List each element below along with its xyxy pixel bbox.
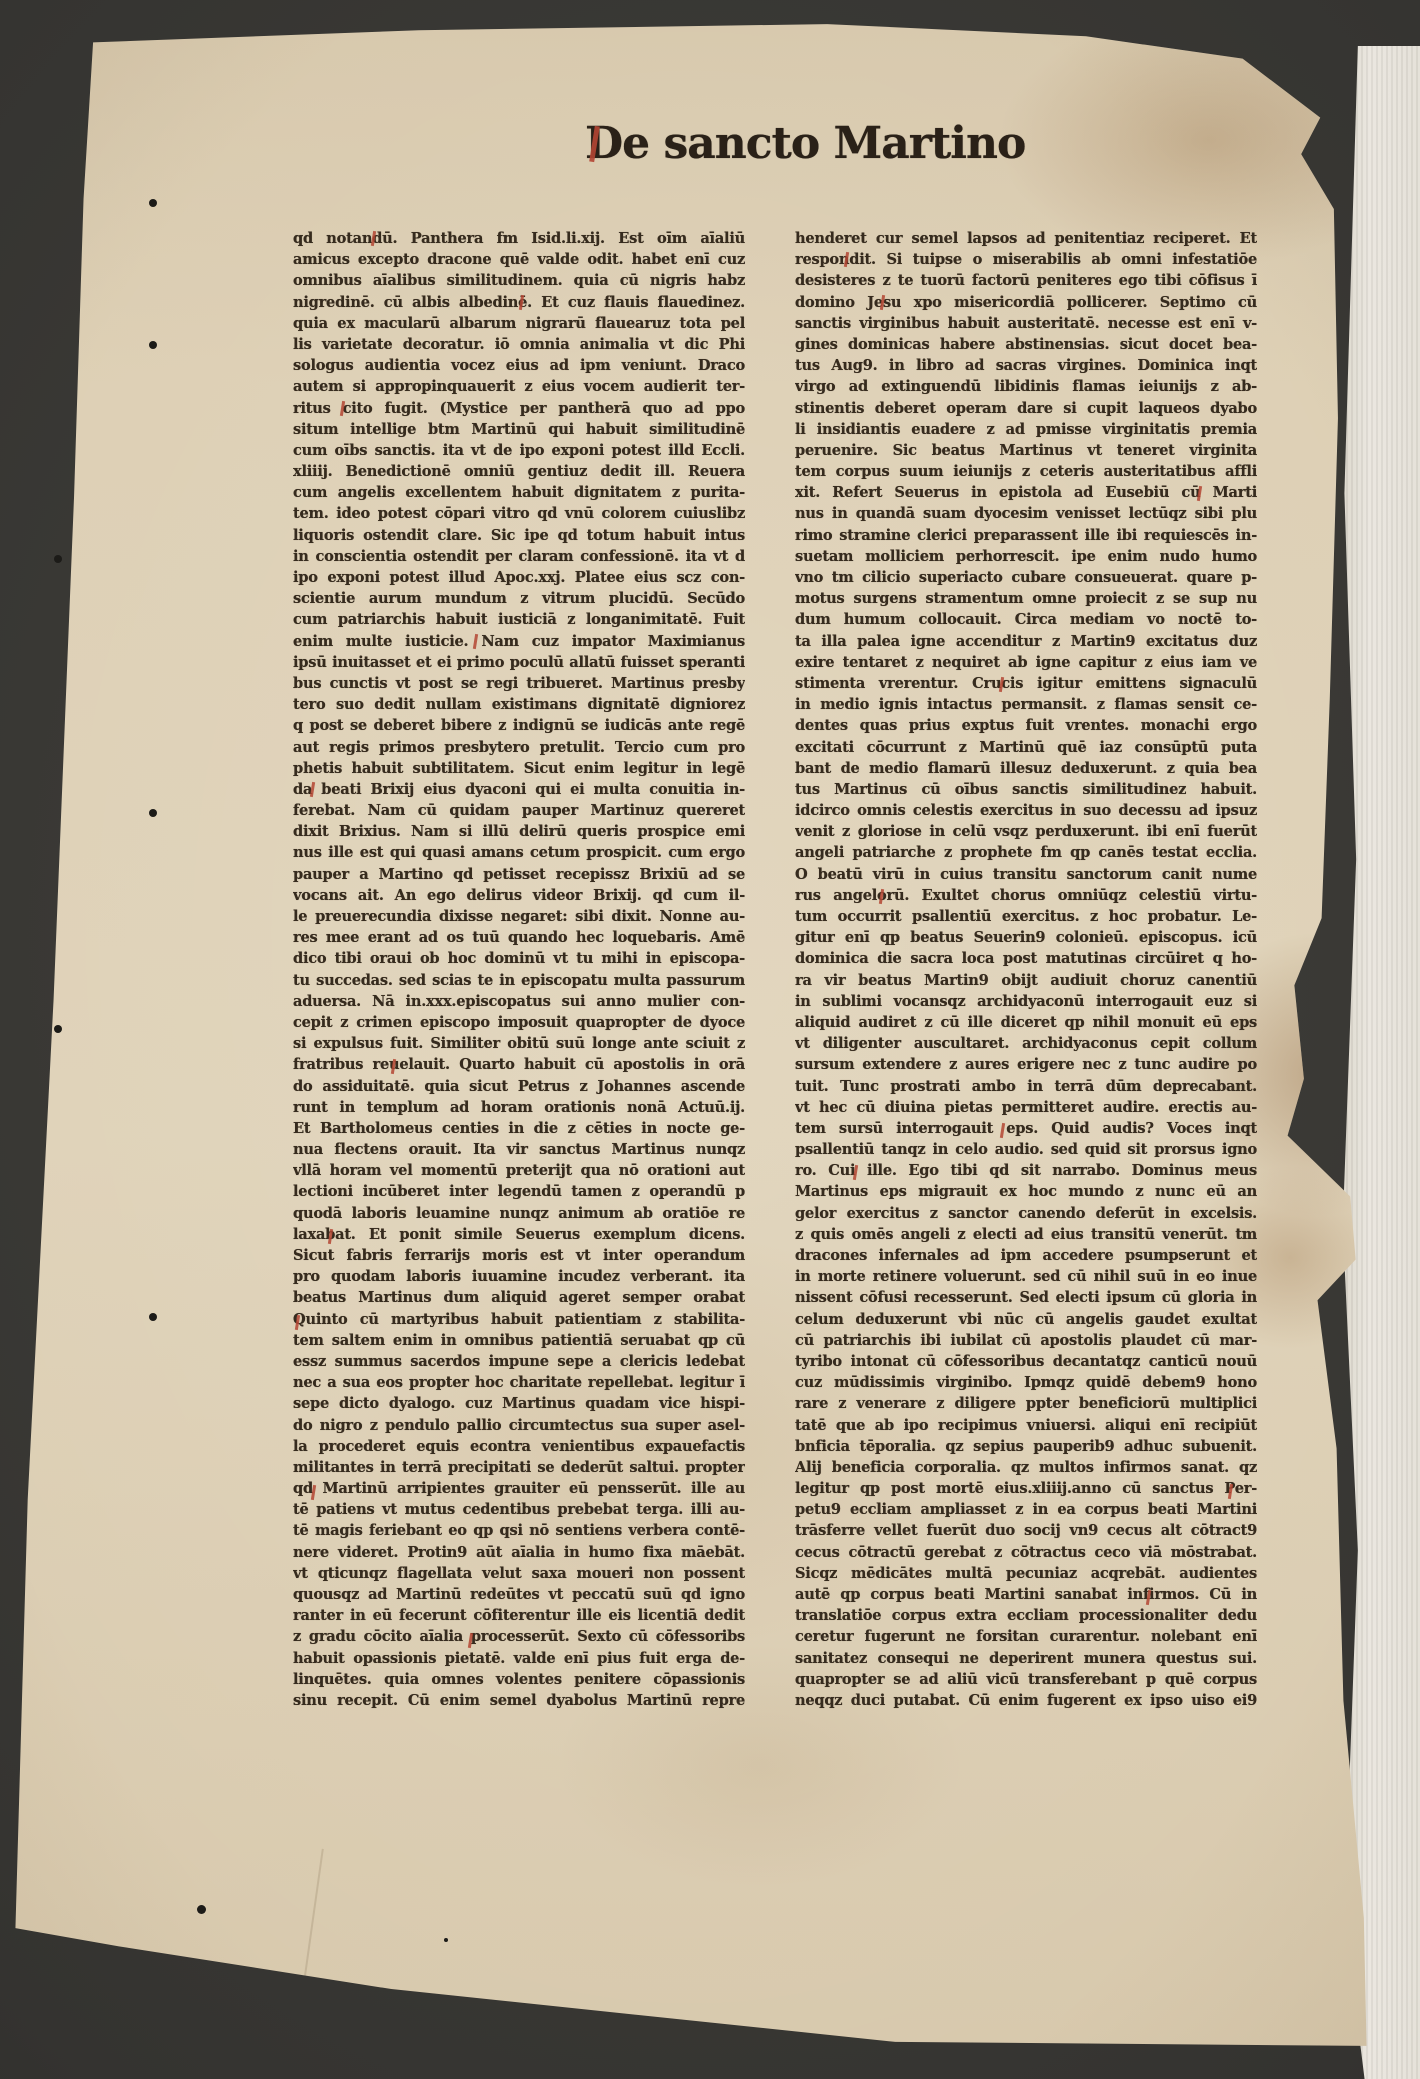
text-line: sanctis virginibus habuit austeritatē. n…	[795, 313, 1257, 334]
text-line: nus ille est qui quasi amans cetum prosp…	[293, 842, 745, 863]
text-line: legitur qp post mortē eius.xliiij.anno c…	[795, 1478, 1257, 1499]
text-line: O beatū virū in cuius transitu sanctorum…	[795, 864, 1257, 885]
text-line: essz summus sacerdos impune sepe a cleri…	[293, 1351, 745, 1372]
text-line: qd Martinū arripientes grauiter eū penss…	[293, 1478, 745, 1499]
text-line: xliiij. Benedictionē omniū gentiuz dedit…	[293, 461, 745, 482]
text-line: tu succedas. sed scias te in episcopatu …	[293, 970, 745, 991]
parchment-page: De sancto Martino qd notandū. Panthera f…	[10, 18, 1372, 2050]
text-line: tuit. Tunc prostrati ambo in terrā dūm d…	[795, 1076, 1257, 1097]
text-line: idcirco omnis celestis exercitus in suo …	[795, 800, 1257, 821]
text-line: phetis habuit subtilitatem. Sicut enim l…	[293, 758, 745, 779]
text-line: gitur enī qp beatus Seuerin9 colonieū. e…	[795, 927, 1257, 948]
text-line: bant de medio flamarū illesuz deduxerunt…	[795, 758, 1257, 779]
text-line: Alij beneficia corporalia. qz multos inf…	[795, 1457, 1257, 1478]
text-line: celum deduxerunt vbi nūc cū angelis gaud…	[795, 1309, 1257, 1330]
text-line: in sublimi vocansqz archidyaconū interro…	[795, 991, 1257, 1012]
text-line: dracones infernales ad ipm accedere psum…	[795, 1245, 1257, 1266]
text-line: tatē que ab ipo recipimus vniuersi. aliq…	[795, 1415, 1257, 1436]
text-line: angeli patriarche z prophete fm qp canēs…	[795, 842, 1257, 863]
text-line: enim multe iusticie. Nam cuz impator Max…	[293, 631, 745, 652]
text-line: res mee erant ad os tuū quando hec loque…	[293, 927, 745, 948]
text-line: qd notandū. Panthera fm Isid.li.xij. Est…	[293, 228, 745, 249]
wormhole-dot	[149, 199, 157, 207]
text-line: dominica die sacra loca post matutinas c…	[795, 948, 1257, 969]
text-line: ranter in eū fecerunt cōfiterentur ille …	[293, 1605, 745, 1626]
text-line: neqqz duci putabat. Cū enim fugerent ex …	[795, 1690, 1257, 1711]
text-line: omnibus aīalibus similitudinem. quia cū …	[293, 270, 745, 291]
text-line: tero suo dedit nullam existimans dignita…	[293, 694, 745, 715]
text-line: cum oībs sanctis. ita vt de ipo exponi p…	[293, 440, 745, 461]
text-line: Sicqz mēdicātes multā pecuniaz acqrebāt.…	[795, 1563, 1257, 1584]
text-line: fratribus reuelauit. Quarto habuit cū ap…	[293, 1054, 745, 1075]
text-line: stinentis deberet operam dare si cupit l…	[795, 398, 1257, 419]
text-line: dum humum collocauit. Circa mediam vo no…	[795, 609, 1257, 630]
wormhole-dot	[54, 1025, 62, 1033]
text-line: domino Jesu xpo misericordiā pollicerer.…	[795, 292, 1257, 313]
text-line: venit z gloriose in celū vsqz perduxerun…	[795, 821, 1257, 842]
text-line: ipsū inuitasset et ei primo poculū allat…	[293, 652, 745, 673]
text-line: linquētes. quia omnes volentes penitere …	[293, 1669, 745, 1690]
text-line: gines dominicas habere abstinensias. sic…	[795, 334, 1257, 355]
text-line: tem corpus suum ieiunijs z ceteris auste…	[795, 461, 1257, 482]
text-line: bus cunctis vt post se regi tribueret. M…	[293, 673, 745, 694]
text-line: virgo ad extinguendū libidinis flamas ie…	[795, 376, 1257, 397]
text-line: vno tm cilicio superiacto cubare consueu…	[795, 567, 1257, 588]
text-line: Martinus eps migrauit ex hoc mundo z nun…	[795, 1181, 1257, 1202]
text-line: dixit Brixius. Nam si illū delirū queris…	[293, 821, 745, 842]
text-line: cum patriarchis habuit iusticiā z longan…	[293, 609, 745, 630]
text-line: exire tentaret z nequiret ab igne capitu…	[795, 652, 1257, 673]
ink-speck	[444, 1938, 448, 1942]
text-line: rus angelorū. Exultet chorus omniūqz cel…	[795, 885, 1257, 906]
text-line: tem sursū interrogauit eps. Quid audis? …	[795, 1118, 1257, 1139]
text-line: q post se deberet bibere z indignū se iu…	[293, 715, 745, 736]
text-line: lis varietate decoratur. iō omnia animal…	[293, 334, 745, 355]
text-line: lectioni incūberet inter legendū tamen z…	[293, 1181, 745, 1202]
text-line: li insidiantis euadere z ad pmisse virgi…	[795, 419, 1257, 440]
text-line: aduersa. Nā in.xxx.episcopatus sui anno …	[293, 991, 745, 1012]
text-line: z quis omēs angeli z electi ad eius tran…	[795, 1224, 1257, 1245]
text-line: in medio ignis intactus permansit. z fla…	[795, 694, 1257, 715]
wormhole-dot	[54, 555, 62, 563]
text-line: desisteres z te tuorū factorū peniteres …	[795, 270, 1257, 291]
text-line: tem saltem enim in omnibus patientiā ser…	[293, 1330, 745, 1351]
text-line: scientie aurum mundum z vitrum plucidū. …	[293, 588, 745, 609]
text-line: nua flectens orauit. Ita vir sanctus Mar…	[293, 1139, 745, 1160]
text-line: Sicut fabris ferrarijs moris est vt inte…	[293, 1245, 745, 1266]
wormhole-dot	[149, 341, 157, 349]
text-column-right: henderet cur semel lapsos ad penitentiaz…	[795, 228, 1257, 1711]
text-line: ritus cito fugit. (Mystice per pantherā …	[293, 398, 745, 419]
text-line: petu9 eccliam ampliasset z in ea corpus …	[795, 1499, 1257, 1520]
text-line: aliquid audiret z cū ille diceret qp nih…	[795, 1012, 1257, 1033]
text-line: tyribo intonat cū cōfessoribus decantatq…	[795, 1351, 1257, 1372]
text-line: quapropter se ad aliū vicū transferebant…	[795, 1669, 1257, 1690]
text-line: sepe dicto dyalogo. cuz Martinus quadam …	[293, 1393, 745, 1414]
text-line: liquoris ostendit clare. Sic ipe qd totu…	[293, 525, 745, 546]
text-line: nec a sua eos propter hoc charitate repe…	[293, 1372, 745, 1393]
text-line: vt diligenter auscultaret. archidyaconus…	[795, 1033, 1257, 1054]
text-line: ro. Cui ille. Ego tibi qd sit narrabo. D…	[795, 1160, 1257, 1181]
page-title: De sancto Martino	[585, 118, 1055, 170]
text-line: amicus excepto dracone quē valde odit. h…	[293, 249, 745, 270]
text-line: quousqz ad Martinū redeūtes vt peccatū s…	[293, 1584, 745, 1605]
text-line: trāsferre vellet fuerūt duo socij vn9 ce…	[795, 1520, 1257, 1541]
text-line: do assiduitatē. quia sicut Petrus z Joha…	[293, 1076, 745, 1097]
text-line: sinu recepit. Cū enim semel dyabolus Mar…	[293, 1690, 745, 1711]
text-line: suetam molliciem perhorrescit. ipe enim …	[795, 546, 1257, 567]
text-line: cum angelis excellentem habuit dignitate…	[293, 482, 745, 503]
text-line: ta illa palea igne accenditur z Martin9 …	[795, 631, 1257, 652]
text-line: ra vir beatus Martin9 obijt audiuit chor…	[795, 970, 1257, 991]
text-line: vt hec cū diuina pietas permitteret audi…	[795, 1097, 1257, 1118]
text-line: vllā horam vel momentū preterijt qua nō …	[293, 1160, 745, 1181]
text-line: bnficia tēporalia. qz sepius pauperib9 a…	[795, 1436, 1257, 1457]
text-line: dentes quas prius exptus fuit vrentes. m…	[795, 715, 1257, 736]
text-line: peruenire. Sic beatus Martinus vt tenere…	[795, 440, 1257, 461]
text-line: translatiōe corpus extra eccliam process…	[795, 1605, 1257, 1626]
text-line: tus Aug9. in libro ad sacras virgines. D…	[795, 355, 1257, 376]
text-line: runt in templum ad horam orationis nonā …	[293, 1097, 745, 1118]
wormhole-dot	[197, 1905, 206, 1914]
text-line: in morte retinere voluerunt. sed cū nihi…	[795, 1266, 1257, 1287]
text-line: cepit z crimen episcopo imposuit quaprop…	[293, 1012, 745, 1033]
text-line: in conscientia ostendit per claram confe…	[293, 546, 745, 567]
text-line: tem. ideo potest cōpari vitro qd vnū col…	[293, 503, 745, 524]
text-line: cuz mūdissimis virginibo. Ipmqz quidē de…	[795, 1372, 1257, 1393]
text-line: si expulsus fuit. Similiter obitū suū lo…	[293, 1033, 745, 1054]
text-line: cū patriarchis ibi iubilat cū apostolis …	[795, 1330, 1257, 1351]
text-line: quodā laboris leuamine nunqz animum ab o…	[293, 1203, 745, 1224]
text-line: quia ex macularū albarum nigrarū flauear…	[293, 313, 745, 334]
text-line: situm intellige btm Martinū qui habuit s…	[293, 419, 745, 440]
text-line: vt qticunqz flagellata velut saxa moueri…	[293, 1563, 745, 1584]
text-line: autē qp corpus beati Martini sanabat inf…	[795, 1584, 1257, 1605]
wormhole-dot	[149, 1313, 157, 1321]
text-line: pro quodam laboris iuuamine incudez verb…	[293, 1266, 745, 1287]
text-line: ipo exponi potest illud Apoc.xxj. Platee…	[293, 567, 745, 588]
text-line: Et Bartholomeus centies in die z cēties …	[293, 1118, 745, 1139]
text-line: tum occurrit psallentiū exercitus. z hoc…	[795, 906, 1257, 927]
text-line: rimo stramine clerici preparassent ille …	[795, 525, 1257, 546]
scanned-book-photo: { "page": { "header": "De sancto Martino…	[0, 0, 1420, 2079]
text-line: gelor exercitus z sanctor canendo deferū…	[795, 1203, 1257, 1224]
parchment-crease	[298, 1849, 324, 2018]
text-line: Quinto cū martyribus habuit patientiam z…	[293, 1309, 745, 1330]
text-line: nissent cōfusi recesserunt. Sed electi i…	[795, 1287, 1257, 1308]
text-line: excitati cōcurrunt z Martinū quē iaz con…	[795, 737, 1257, 758]
text-line: laxabat. Et ponit simile Seuerus exemplu…	[293, 1224, 745, 1245]
text-line: aut regis primos presbytero pretulit. Te…	[293, 737, 745, 758]
text-line: tē patiens vt mutus cedentibus prebebat …	[293, 1499, 745, 1520]
text-line: beatus Martinus dum aliquid ageret sempe…	[293, 1287, 745, 1308]
text-line: nus in quandā suam dyocesim venisset lec…	[795, 503, 1257, 524]
text-line: z gradu cōcito aīalia processerūt. Sexto…	[293, 1626, 745, 1647]
text-line: xit. Refert Seuerus in epistola ad Euseb…	[795, 482, 1257, 503]
text-line: cecus cōtractū gerebat z cōtractus ceco …	[795, 1542, 1257, 1563]
text-line: nere videret. Protin9 aūt aīalia in humo…	[293, 1542, 745, 1563]
text-line: rare z venerare z diligere ppter benefic…	[795, 1393, 1257, 1414]
text-line: ferebat. Nam cū quidam pauper Martinuz q…	[293, 800, 745, 821]
text-line: tus Martinus cū oībus sanctis similitudi…	[795, 779, 1257, 800]
text-column-left: qd notandū. Panthera fm Isid.li.xij. Est…	[293, 228, 745, 1711]
text-line: tē magis feriebant eo qp qsi nō sentiens…	[293, 1520, 745, 1541]
text-line: vocans ait. An ego delirus videor Brixij…	[293, 885, 745, 906]
text-line: henderet cur semel lapsos ad penitentiaz…	[795, 228, 1257, 249]
text-line: stimenta vrerentur. Crucis igitur emitte…	[795, 673, 1257, 694]
text-line: sanitatez consequi ne deperirent munera …	[795, 1648, 1257, 1669]
text-line: habuit opassionis pietatē. valde enī piu…	[293, 1648, 745, 1669]
text-line: motus surgens stramentum omne proiecit z…	[795, 588, 1257, 609]
text-line: militantes in terrā precipitati se deder…	[293, 1457, 745, 1478]
text-line: psallentiū tanqz in celo audio. sed quid…	[795, 1139, 1257, 1160]
text-line: do nigro z pendulo pallio circumtectus s…	[293, 1415, 745, 1436]
text-line: le preuerecundia dixisse negaret: sibi d…	[293, 906, 745, 927]
text-line: pauper a Martino qd petisset recepissz B…	[293, 864, 745, 885]
wormhole-dot	[149, 809, 157, 817]
text-line: autem si appropinquauerit z eius vocem a…	[293, 376, 745, 397]
text-line: dico tibi oraui ob hoc dominū vt tu mihi…	[293, 948, 745, 969]
text-line: sursum extendere z aures erigere nec z t…	[795, 1054, 1257, 1075]
text-line: respondit. Si tuipse o miserabilis ab om…	[795, 249, 1257, 270]
text-line: la procederet equis econtra venientibus …	[293, 1436, 745, 1457]
text-line: sologus audientia vocez eius ad ipm veni…	[293, 355, 745, 376]
text-line: da beati Brixij eius dyaconi qui ei mult…	[293, 779, 745, 800]
text-line: ceretur fugerunt ne forsitan curarentur.…	[795, 1626, 1257, 1647]
